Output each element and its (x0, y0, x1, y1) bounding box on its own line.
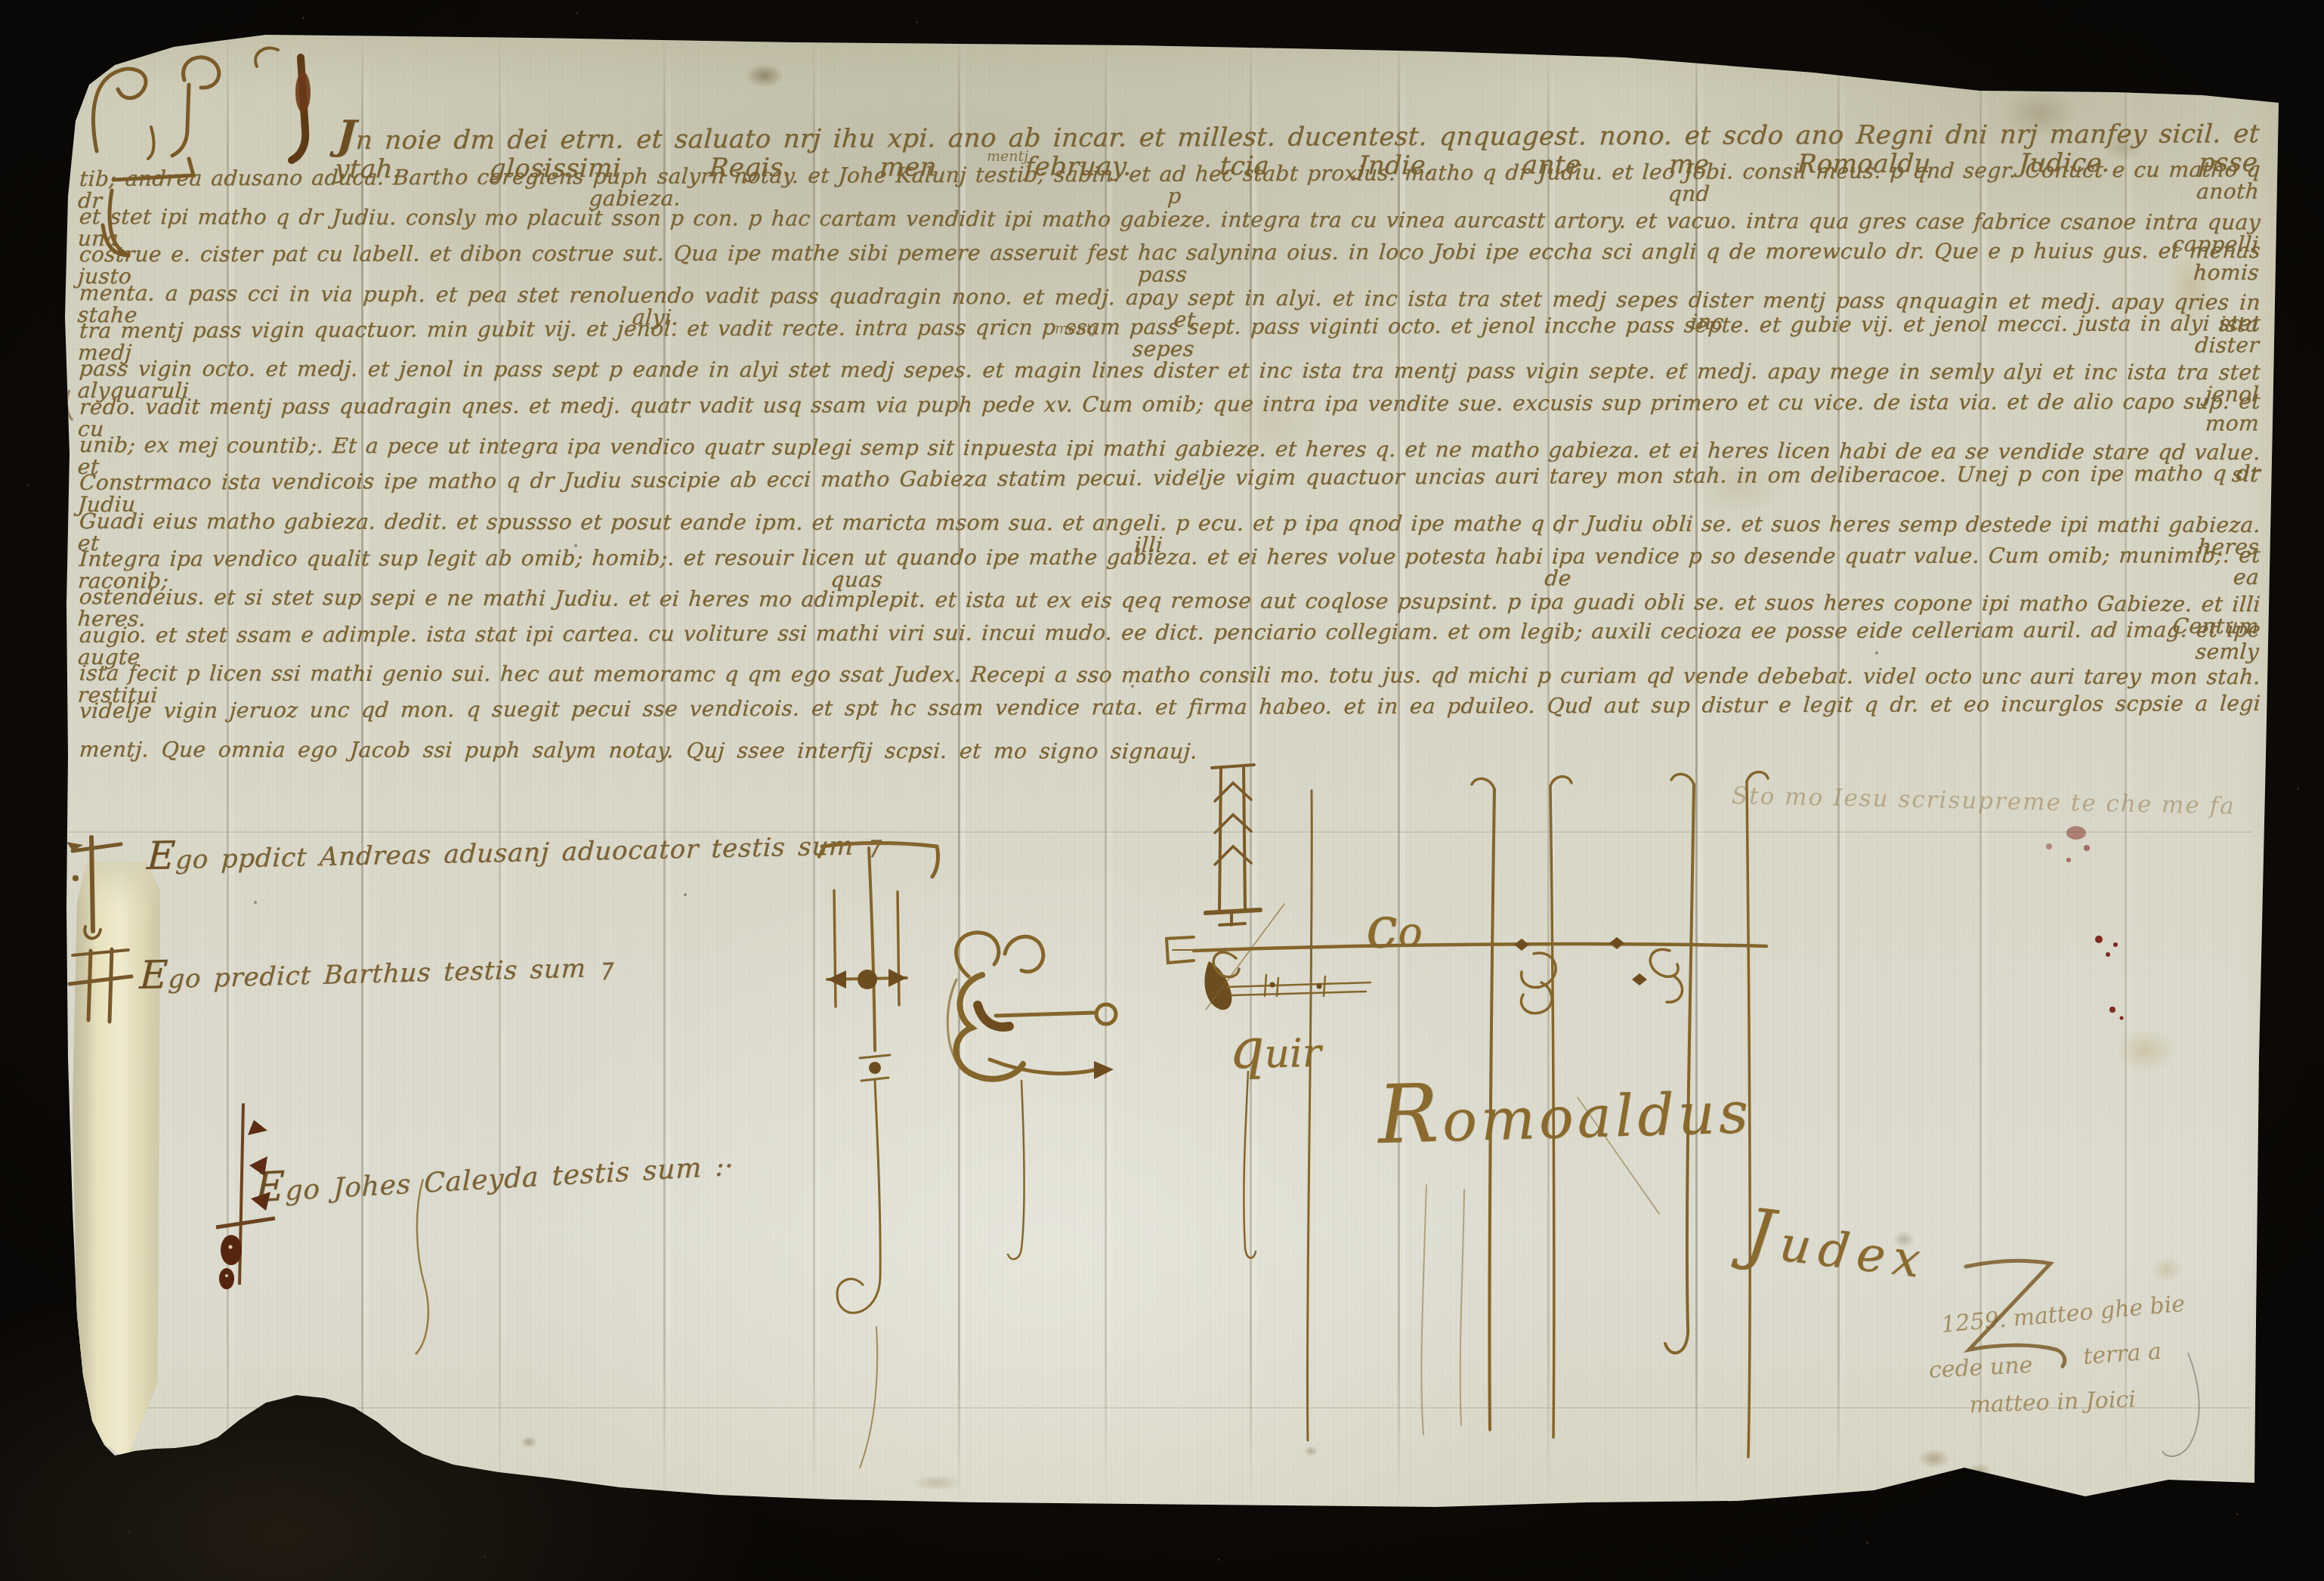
dust-speck (2236, 1513, 2239, 1515)
photograph-of-charter: Jn noie dm dei etrn. et saluato nrj ihu … (0, 0, 2324, 1581)
ego-monogram (947, 933, 1116, 1259)
dust-speck (2297, 787, 2299, 790)
dust-speck (576, 12, 578, 14)
speck (1558, 531, 1561, 534)
notary-sign-cross (819, 843, 938, 1468)
red-ink-spots (2046, 826, 2124, 1020)
dust-speck (128, 1531, 131, 1533)
speck (1685, 363, 1688, 366)
speck (1443, 249, 1446, 252)
flourish-descender (416, 1179, 428, 1354)
witness-cross-2-icon (70, 949, 131, 1022)
dust-speck (27, 484, 29, 486)
dust-speck (484, 1555, 486, 1558)
speck (1196, 470, 1199, 473)
speck (574, 544, 577, 547)
parchment-sheet: Jn noie dm dei etrn. et saluato nrj ihu … (0, 0, 2324, 1581)
judge-signum (1167, 772, 1768, 1457)
pen-flourishes (0, 0, 2324, 1581)
dust-speck (1866, 1542, 1868, 1544)
dust-speck (916, 21, 918, 23)
speck (254, 901, 257, 904)
notary-signum-tower (1206, 765, 1260, 925)
witness-cross-1-icon (66, 837, 121, 939)
witness-cross-3-icon (216, 1103, 275, 1289)
z-flourish (1966, 1261, 2065, 1366)
dust-speck (1218, 1558, 1220, 1561)
speck (1875, 651, 1878, 654)
left-margin-mark (67, 390, 73, 420)
dust-speck (302, 17, 304, 19)
speck (400, 979, 403, 982)
speck (1131, 685, 1134, 688)
pencil-mark (2162, 1353, 2199, 1456)
decorated-initial (93, 48, 311, 255)
speck (684, 893, 687, 896)
